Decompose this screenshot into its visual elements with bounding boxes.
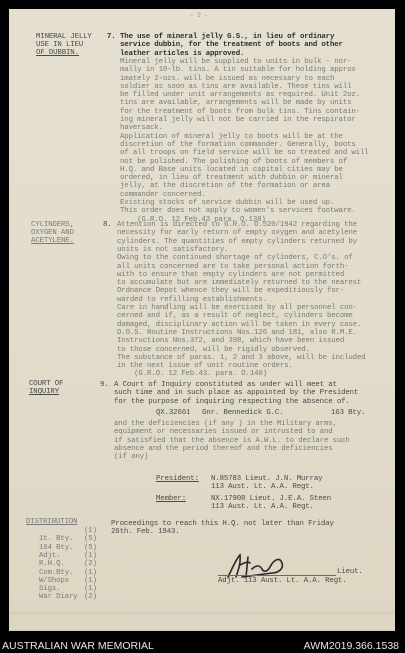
text-line: ordered, in lieu of treatment with dubbi… bbox=[120, 174, 343, 182]
distribution-item-name: 164 Bty. bbox=[39, 544, 73, 552]
text-line: cylinders. The quantities of empty cylin… bbox=[117, 238, 357, 246]
text-line: and the deficiencies (if any ) in the Mi… bbox=[114, 420, 337, 428]
text-line: such time and in such place as appointed… bbox=[114, 389, 358, 397]
footer-institution: AUSTRALIAN WAR MEMORIAL bbox=[2, 640, 154, 652]
distribution-item-name: 1t. Bty. bbox=[39, 535, 73, 543]
signature-title: Adjt. 113 Aust. Lt. A.A. Regt. bbox=[218, 577, 347, 585]
distribution-item-name: Com.Bty. bbox=[39, 569, 73, 577]
text-line: The use of mineral jelly G.S., in lieu o… bbox=[120, 33, 334, 41]
text-line: tins are available, arrangements will be… bbox=[120, 99, 351, 107]
text-line: absence and the period thereof and the d… bbox=[114, 445, 333, 453]
paper-fold bbox=[9, 611, 395, 615]
distribution-item-count: (1) bbox=[84, 552, 97, 560]
heading-cylinders-3: ACETYLENE. bbox=[31, 237, 74, 245]
text-line: mally in 10-lb. tins. A tin suitable for… bbox=[120, 66, 356, 74]
distribution-item-count: (1) bbox=[84, 577, 97, 585]
signature-line bbox=[218, 575, 336, 576]
para-7-number: 7. bbox=[107, 33, 116, 41]
text-line: Existing stocks of service dubbin will b… bbox=[120, 199, 334, 207]
soldier-unit: 163 Bty. bbox=[331, 409, 365, 417]
soldier-number: QX.32661 bbox=[156, 409, 190, 417]
text-line: H.Q. and Base units located in capital c… bbox=[120, 166, 343, 174]
distribution-item-name: R.H.Q. bbox=[39, 560, 65, 568]
text-line: discretion of the formation commander. G… bbox=[120, 141, 356, 149]
text-line: Instructions Nos.372, and 398, which hav… bbox=[117, 337, 344, 345]
text-line: damaged, disciplinary action will be tak… bbox=[117, 321, 361, 329]
text-line: not be polished. The polishing of boots … bbox=[120, 158, 347, 166]
text-line: (G.R.O. 12 Feb.43. para. O.140) bbox=[117, 370, 267, 378]
member-label: Member: bbox=[156, 495, 186, 503]
footer-accession-number: AWM2019.366.1538 bbox=[304, 640, 399, 652]
distribution-item-count: (1) bbox=[84, 585, 97, 593]
text-line: if satisfied that the absence is A.W.L. … bbox=[114, 437, 350, 445]
text-line: haversack. bbox=[120, 124, 163, 132]
distribution-title: DISTRIBUTION bbox=[26, 518, 77, 526]
president-label: President: bbox=[156, 475, 199, 483]
text-line: The substance of paras. 1, 2 and 3 above… bbox=[117, 354, 366, 362]
text-line: in the next issue of unit routine orders… bbox=[117, 362, 293, 370]
text-line: be filled under unit arrangements as req… bbox=[120, 91, 360, 99]
text-line: to those concerned, will be rigidly obse… bbox=[117, 346, 310, 354]
page-number: - 2 - bbox=[190, 12, 208, 19]
text-line: units is not satisfactory. bbox=[117, 246, 228, 254]
text-line: Attention is directed to G.R.O. O.520/19… bbox=[117, 221, 357, 229]
text-line: (if any) bbox=[114, 453, 148, 461]
text-line: to accumulate but are immediately return… bbox=[117, 279, 361, 287]
para-8-number: 8. bbox=[103, 221, 112, 229]
text-line: all units concerned are to take personal… bbox=[117, 263, 348, 271]
text-line: jelly, at the discretion of the formatio… bbox=[120, 182, 330, 190]
text-line: Care in handling will be exercised by al… bbox=[117, 304, 357, 312]
distribution-item-count: (1) bbox=[84, 527, 97, 535]
text-line: of all troops on field service will be s… bbox=[120, 149, 369, 157]
text-line: cerned and if, as a result of neglect, c… bbox=[117, 312, 353, 320]
distribution-item-count: (2) bbox=[84, 560, 97, 568]
president-line-2: 113 Aust. Lt. A.A. Regt. bbox=[211, 483, 314, 491]
text-line: D.O.S. Routine Instructions Nos.126 and … bbox=[117, 329, 357, 337]
text-line: Owing to the continued shortage of cylin… bbox=[117, 254, 353, 262]
text-line: Mineral jelly will be supplied to units … bbox=[120, 58, 351, 66]
soldier-name: Gnr. Bennedick G.C. bbox=[202, 409, 283, 417]
text-line: commander concerned. bbox=[120, 191, 206, 199]
distribution-item-count: (5) bbox=[84, 535, 97, 543]
text-line: A Court of Inquiry constituted as under … bbox=[114, 381, 337, 389]
proceedings-line-2: 26th. Feb. 1943. bbox=[111, 528, 180, 536]
text-line: with to ensure that empty cylinders are … bbox=[117, 271, 344, 279]
text-line: ing mineral jelly will not be carried in… bbox=[120, 116, 356, 124]
text-line: imately 2-ozs. will be issued as necessa… bbox=[120, 75, 334, 83]
para-9-number: 9. bbox=[100, 381, 109, 389]
distribution-item-count: (1) bbox=[84, 569, 97, 577]
signature-rank: Lieut. bbox=[337, 568, 363, 576]
text-line: equipment or necessaries issued or intru… bbox=[114, 428, 333, 436]
text-line: for the treatment of boots from bulk tin… bbox=[120, 108, 360, 116]
distribution-item-name: War Diary bbox=[39, 593, 78, 601]
text-line: Ordnance Depot whence they will be exped… bbox=[117, 287, 344, 295]
text-line: necessity for early return of empty oxyg… bbox=[117, 229, 357, 237]
distribution-item-count: (2) bbox=[84, 593, 97, 601]
text-line: This order does not apply to women's ser… bbox=[120, 207, 356, 215]
distribution-item-count: (5) bbox=[84, 544, 97, 552]
text-line: leather articles is approved. bbox=[120, 50, 244, 58]
text-line: Application of mineral jelly to boots wi… bbox=[120, 133, 343, 141]
member-line-2: 113 Aust. Lt. A.A. Regt. bbox=[211, 503, 314, 511]
text-line: for the purpose of inquiring respecting … bbox=[114, 398, 350, 406]
text-line: service dubbin, for the treatment of boo… bbox=[120, 41, 343, 49]
distribution-item-name: Adjt. bbox=[39, 552, 60, 560]
text-line: warded to refilling establishments. bbox=[117, 296, 267, 304]
distribution-item-name: Sigs. bbox=[39, 585, 60, 593]
heading-court-2: INQUIRY bbox=[29, 388, 59, 396]
heading-mineral-jelly-3: OF DUBBIN. bbox=[36, 49, 79, 57]
distribution-item-name: W/Shops bbox=[39, 577, 69, 585]
text-line: soldier as soon as tins are available. T… bbox=[120, 83, 351, 91]
